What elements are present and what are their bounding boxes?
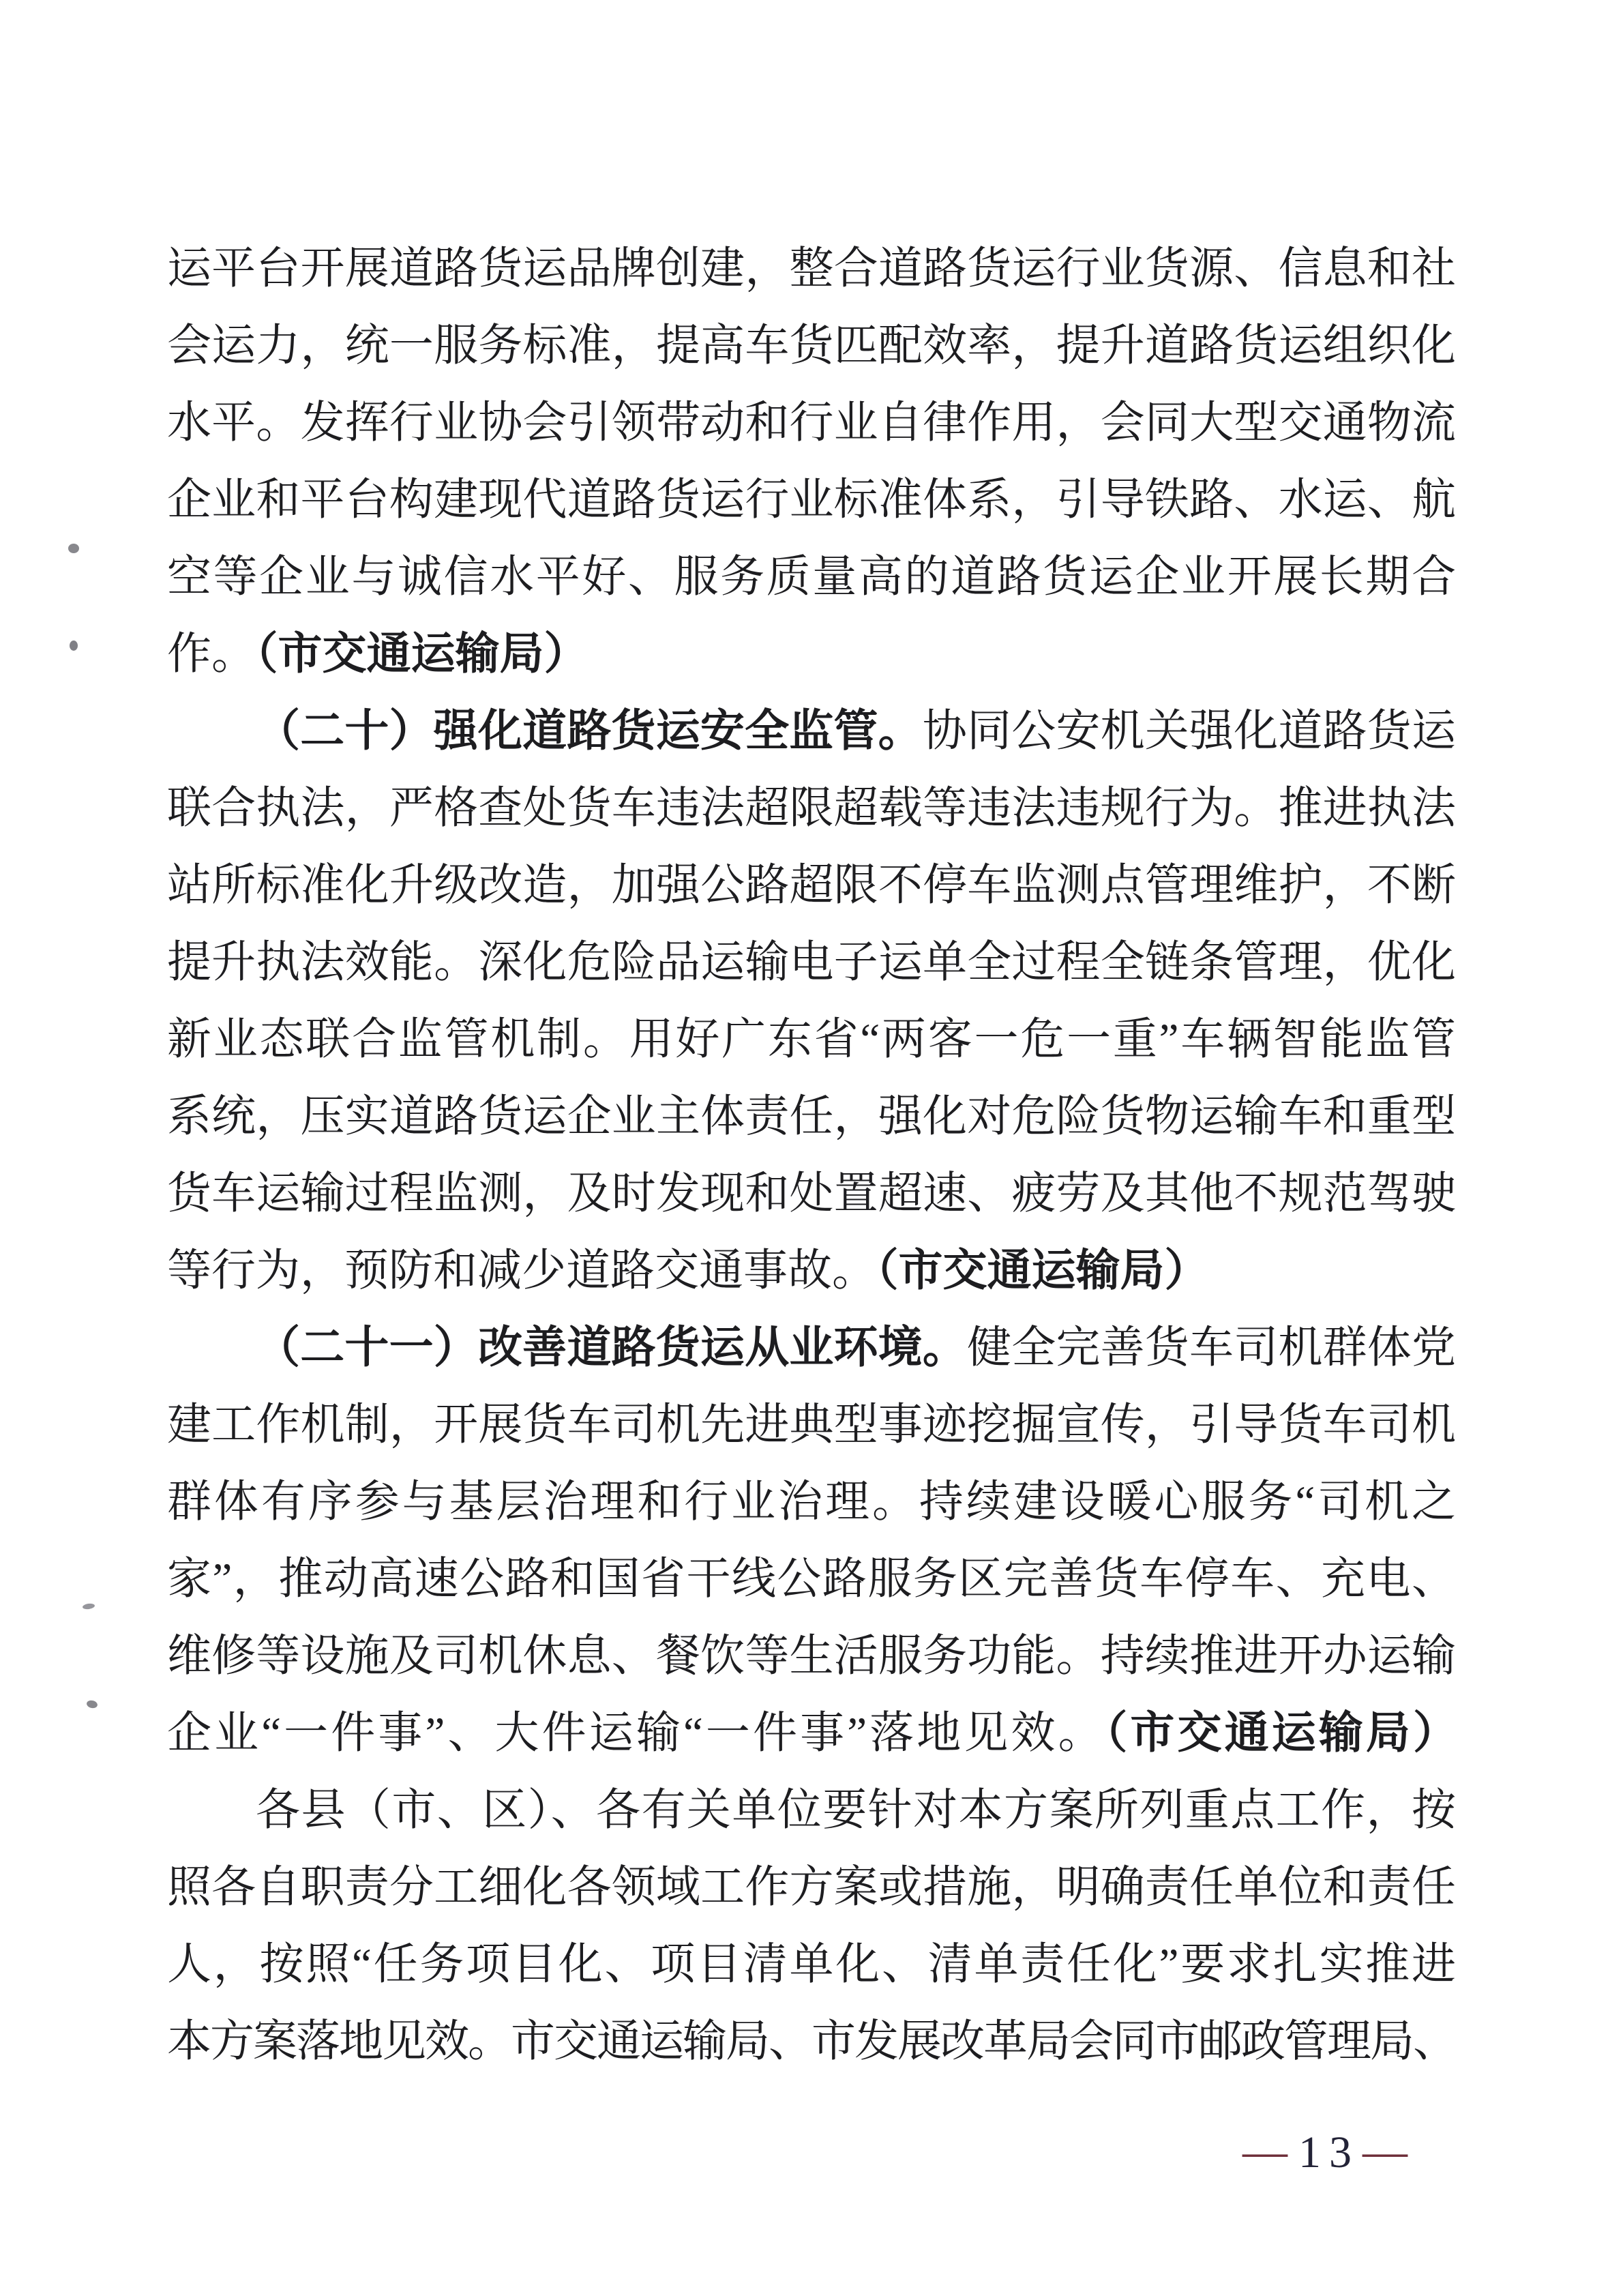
text-line: 建工作机制，开展货车司机先进典型事迹挖掘宣传，引导货车司机 (167, 1387, 1456, 1464)
text-segment: 企业和平台构建现代道路货运行业标准体系，引导铁路、水运、航 (167, 475, 1456, 525)
page-number: — 13 — (1242, 2128, 1408, 2177)
text-segment: 会运力，统一服务标准，提高车货匹配效率，提升道路货运组织化 (167, 321, 1456, 370)
text-line: 会运力，统一服务标准，提高车货匹配效率，提升道路货运组织化 (167, 308, 1456, 385)
text-line: 作。（市交通运输局） (167, 616, 1456, 693)
bold-text-segment: （市交通运输局） (256, 630, 589, 679)
text-line: 本方案落地见效。市交通运输局、市发展改革局会同市邮政管理局、 (167, 2003, 1456, 2080)
text-segment: 水平。发挥行业协会引领带动和行业自律作用，会同大型交通物流 (167, 398, 1456, 447)
text-line: （二十一）改善道路货运从业环境。健全完善货车司机群体党 (167, 1310, 1456, 1387)
document-page: 运平台开展道路货运品牌创建，整合道路货运行业货源、信息和社会运力，统一服务标准，… (0, 0, 1623, 2296)
document-body: 运平台开展道路货运品牌创建，整合道路货运行业货源、信息和社会运力，统一服务标准，… (167, 231, 1456, 2080)
text-line: 企业和平台构建现代道路货运行业标准体系，引导铁路、水运、航 (167, 462, 1456, 539)
text-segment: 家”，推动高速公路和国省干线公路服务区完善货车停车、充电、 (167, 1555, 1456, 1604)
text-segment: 货车运输过程监测，及时发现和处置超速、疲劳及其他不规范驾驶 (167, 1169, 1456, 1218)
bold-text-segment: （市交通运输局） (1105, 1709, 1456, 1758)
text-segment: 群体有序参与基层治理和行业治理。持续建设暖心服务“司机之 (167, 1477, 1456, 1527)
scan-speck (83, 1603, 95, 1610)
text-line: 水平。发挥行业协会引领带动和行业自律作用，会同大型交通物流 (167, 385, 1456, 462)
text-line: 站所标准化升级改造，加强公路超限不停车监测点管理维护，不断 (167, 847, 1456, 924)
text-segment: 站所标准化升级改造，加强公路超限不停车监测点管理维护，不断 (167, 861, 1456, 910)
text-line: 家”，推动高速公路和国省干线公路服务区完善货车停车、充电、 (167, 1541, 1456, 1618)
text-segment: 建工作机制，开展货车司机先进典型事迹挖掘宣传，引导货车司机 (167, 1400, 1456, 1449)
bold-text-segment: （二十）强化道路货运安全监管。 (256, 707, 923, 756)
text-line: 群体有序参与基层治理和行业治理。持续建设暖心服务“司机之 (167, 1464, 1456, 1541)
scan-speck (68, 544, 79, 553)
text-line: 人，按照“任务项目化、项目清单化、清单责任化”要求扎实推进 (167, 1926, 1456, 2003)
page-number-value: 13 (1298, 2128, 1360, 2177)
text-segment: 协同公安机关强化道路货运 (923, 707, 1456, 756)
scan-speck (86, 1699, 98, 1709)
text-line: 新业态联合监管机制。用好广东省“两客一危一重”车辆智能监管 (167, 1001, 1456, 1078)
text-line: 维修等设施及司机休息、餐饮等生活服务功能。持续推进开办运输 (167, 1618, 1456, 1695)
text-line: 货车运输过程监测，及时发现和处置超速、疲劳及其他不规范驾驶 (167, 1156, 1456, 1233)
text-segment: 企业“一件事”、大件运输“一件事”落地见效。 (167, 1709, 1105, 1758)
text-segment: 健全完善货车司机群体党 (967, 1323, 1456, 1372)
text-segment: 各县（市、区）、各有关单位要针对本方案所列重点工作，按 (256, 1786, 1456, 1835)
text-segment: 运平台开展道路货运品牌创建，整合道路货运行业货源、信息和社 (167, 244, 1456, 293)
text-segment: 提升执法效能。深化危险品运输电子运单全过程全链条管理，优化 (167, 938, 1456, 987)
text-segment: 照各自职责分工细化各领域工作方案或措施，明确责任单位和责任 (167, 1863, 1456, 1912)
text-line: 等行为，预防和减少道路交通事故。（市交通运输局） (167, 1233, 1456, 1310)
text-line: 运平台开展道路货运品牌创建，整合道路货运行业货源、信息和社 (167, 231, 1456, 308)
bold-text-segment: （市交通运输局） (876, 1246, 1209, 1295)
text-line: 企业“一件事”、大件运输“一件事”落地见效。（市交通运输局） (167, 1695, 1456, 1772)
text-segment: 维修等设施及司机休息、餐饮等生活服务功能。持续推进开办运输 (167, 1632, 1456, 1681)
text-line: 各县（市、区）、各有关单位要针对本方案所列重点工作，按 (167, 1772, 1456, 1849)
text-segment: 本方案落地见效。市交通运输局、市发展改革局会同市邮政管理局、 (167, 2017, 1456, 2066)
text-line: 照各自职责分工细化各领域工作方案或措施，明确责任单位和责任 (167, 1849, 1456, 1926)
scan-speck (70, 641, 78, 651)
text-line: （二十）强化道路货运安全监管。协同公安机关强化道路货运 (167, 693, 1456, 770)
text-segment: 新业态联合监管机制。用好广东省“两客一危一重”车辆智能监管 (167, 1015, 1456, 1064)
page-number-dash-left: — (1242, 2134, 1287, 2171)
text-segment: 作。 (167, 630, 256, 679)
text-line: 联合执法，严格查处货车违法超限超载等违法违规行为。推进执法 (167, 770, 1456, 847)
text-line: 系统，压实道路货运企业主体责任，强化对危险货物运输车和重型 (167, 1078, 1456, 1156)
text-segment: 系统，压实道路货运企业主体责任，强化对危险货物运输车和重型 (167, 1092, 1456, 1141)
text-segment: 等行为，预防和减少道路交通事故。 (167, 1246, 876, 1295)
text-line: 空等企业与诚信水平好、服务质量高的道路货运企业开展长期合 (167, 539, 1456, 616)
text-line: 提升执法效能。深化危险品运输电子运单全过程全链条管理，优化 (167, 924, 1456, 1001)
text-segment: 联合执法，严格查处货车违法超限超载等违法违规行为。推进执法 (167, 784, 1456, 833)
text-segment: 人，按照“任务项目化、项目清单化、清单责任化”要求扎实推进 (167, 1940, 1456, 1989)
bold-text-segment: （二十一）改善道路货运从业环境。 (256, 1323, 967, 1372)
text-segment: 空等企业与诚信水平好、服务质量高的道路货运企业开展长期合 (167, 553, 1456, 602)
page-number-dash-right: — (1363, 2134, 1408, 2171)
